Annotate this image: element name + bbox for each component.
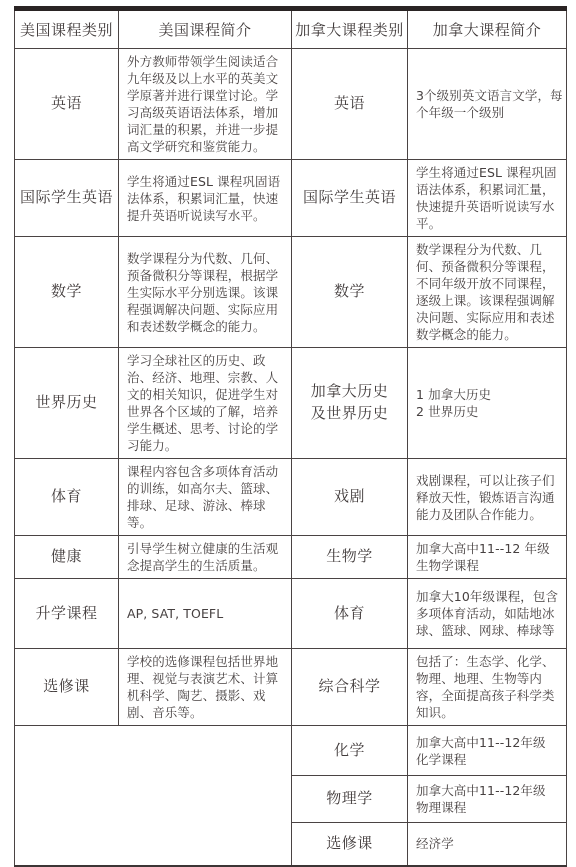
us-category-cell: 升学课程 <box>15 579 119 649</box>
header-row: 美国课程类别 美国课程简介 加拿大课程类别 加拿大课程简介 <box>15 9 567 49</box>
ca-category-cell: 化学 <box>292 726 408 776</box>
us-description-cell: 学校的选修课程包括世界地理、视觉与表演艺术、计算机科学、陶艺、摄影、戏剧、音乐等… <box>119 649 292 726</box>
ca-description-cell: 数学课程分为代数、几何、预备微积分等课程，不同年级开放不同课程，逐级上课。该课程… <box>408 237 567 348</box>
table-row: 英语 外方教师带领学生阅读适合九年级及以上水平的英美文学原著并进行课堂讨论。学习… <box>15 49 567 160</box>
us-description-cell: 学生将通过ESL 课程巩固语法体系，积累词汇量，快速提升英语听说读写水平。 <box>119 160 292 237</box>
empty-merged-cell <box>15 726 292 866</box>
ca-description-cell: 学生将通过ESL 课程巩固语法体系，积累词汇量，快速提升英语听说读写水平。 <box>408 160 567 237</box>
ca-description-cell: 戏剧课程，可以让孩子们释放天性，锻炼语言沟通能力及团队合作能力。 <box>408 459 567 536</box>
ca-description-cell: 包括了：生态学、化学、物理、地理、生物等内容，全面提高孩子科学类知识。 <box>408 649 567 726</box>
header-ca-category: 加拿大课程类别 <box>292 9 408 49</box>
us-description-cell: 外方教师带领学生阅读适合九年级及以上水平的英美文学原著并进行课堂讨论。学习高级英… <box>119 49 292 160</box>
us-category-cell: 健康 <box>15 536 119 579</box>
table-row: 数学 数学课程分为代数、几何、预备微积分等课程，根据学生实际水平分别选课。该课程… <box>15 237 567 348</box>
us-description-cell: 数学课程分为代数、几何、预备微积分等课程，根据学生实际水平分别选课。该课程强调解… <box>119 237 292 348</box>
ca-category-cell: 体育 <box>292 579 408 649</box>
us-category-cell: 英语 <box>15 49 119 160</box>
ca-category-cell: 综合科学 <box>292 649 408 726</box>
ca-category-cell: 戏剧 <box>292 459 408 536</box>
ca-category-cell: 国际学生英语 <box>292 160 408 237</box>
table-row: 国际学生英语 学生将通过ESL 课程巩固语法体系，积累词汇量，快速提升英语听说读… <box>15 160 567 237</box>
us-category-cell: 体育 <box>15 459 119 536</box>
header-us-description: 美国课程简介 <box>119 9 292 49</box>
us-description-cell: AP, SAT, TOEFL <box>119 579 292 649</box>
ca-description-cell: 1 加拿大历史 2 世界历史 <box>408 348 567 459</box>
ca-description-cell: 加拿大高中11--12年级 化学课程 <box>408 726 567 776</box>
ca-description-cell: 加拿大高中11--12 年级 生物学课程 <box>408 536 567 579</box>
course-comparison-table: 美国课程类别 美国课程简介 加拿大课程类别 加拿大课程简介 英语 外方教师带领学… <box>14 6 567 867</box>
header-ca-description: 加拿大课程简介 <box>408 9 567 49</box>
ca-category-cell: 生物学 <box>292 536 408 579</box>
us-category-cell: 选修课 <box>15 649 119 726</box>
ca-category-cell: 英语 <box>292 49 408 160</box>
table-row: 选修课 学校的选修课程包括世界地理、视觉与表演艺术、计算机科学、陶艺、摄影、戏剧… <box>15 649 567 726</box>
table-row: 健康 引导学生树立健康的生活观念提高学生的生活质量。 生物学 加拿大高中11--… <box>15 536 567 579</box>
table-row: 世界历史 学习全球社区的历史、政治、经济、地理、宗教、人文的相关知识，促进学生对… <box>15 348 567 459</box>
us-description-cell: 课程内容包含多项体育活动的训练，如高尔夫、篮球、排球、足球、游泳、棒球等。 <box>119 459 292 536</box>
ca-category-cell: 加拿大历史 及世界历史 <box>292 348 408 459</box>
ca-category-cell: 物理学 <box>292 776 408 823</box>
header-us-category: 美国课程类别 <box>15 9 119 49</box>
us-description-cell: 学习全球社区的历史、政治、经济、地理、宗教、人文的相关知识，促进学生对世界各个区… <box>119 348 292 459</box>
table-row: 升学课程 AP, SAT, TOEFL 体育 加拿大10年级课程，包含多项体育活… <box>15 579 567 649</box>
us-category-cell: 国际学生英语 <box>15 160 119 237</box>
ca-description-cell: 3个级别英文语言文学，每个年级一个级别 <box>408 49 567 160</box>
ca-description-cell: 加拿大10年级课程，包含多项体育活动，如陆地冰球、篮球、网球、棒球等 <box>408 579 567 649</box>
ca-category-cell: 选修课 <box>292 823 408 866</box>
table-row: 体育 课程内容包含多项体育活动的训练，如高尔夫、篮球、排球、足球、游泳、棒球等。… <box>15 459 567 536</box>
course-comparison-table-wrap: 美国课程类别 美国课程简介 加拿大课程类别 加拿大课程简介 英语 外方教师带领学… <box>14 6 567 867</box>
us-description-cell: 引导学生树立健康的生活观念提高学生的生活质量。 <box>119 536 292 579</box>
us-category-cell: 世界历史 <box>15 348 119 459</box>
ca-description-cell: 经济学 <box>408 823 567 866</box>
us-category-cell: 数学 <box>15 237 119 348</box>
ca-description-cell: 加拿大高中11--12年级 物理课程 <box>408 776 567 823</box>
table-row: 化学 加拿大高中11--12年级 化学课程 <box>15 726 567 776</box>
ca-category-cell: 数学 <box>292 237 408 348</box>
